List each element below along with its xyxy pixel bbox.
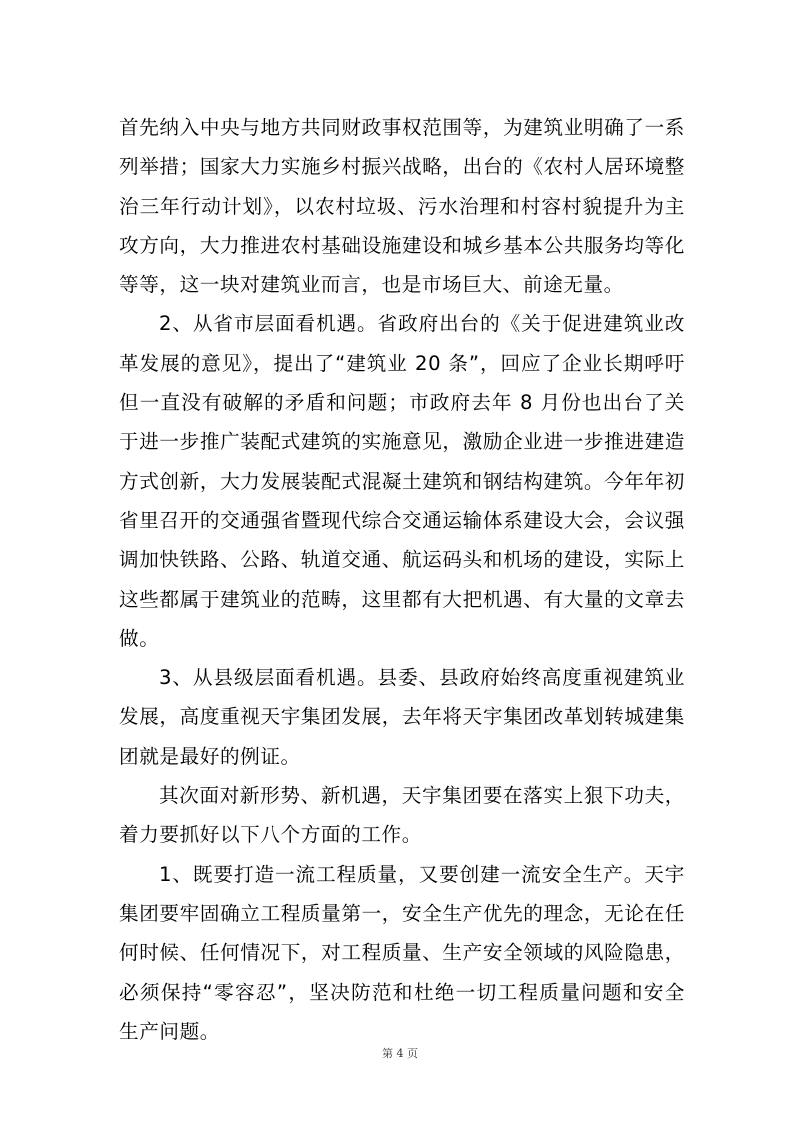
page-number: 第 4 页 xyxy=(0,1045,800,1061)
paragraph-new-situation: 其次面对新形势、新机遇，天宇集团要在落实上狠下功夫，着力要抓好以下八个方面的工作… xyxy=(119,776,685,855)
document-page: 首先纳入中央与地方共同财政事权范围等，为建筑业明确了一系列举措；国家大力实施乡村… xyxy=(0,0,800,1131)
document-body: 首先纳入中央与地方共同财政事权范围等，为建筑业明确了一系列举措；国家大力实施乡村… xyxy=(119,108,685,1051)
paragraph-quality-safety: 1、既要打造一流工程质量，又要创建一流安全生产。天宇集团要牢固确立工程质量第一，… xyxy=(119,855,685,1051)
paragraph-continuation: 首先纳入中央与地方共同财政事权范围等，为建筑业明确了一系列举措；国家大力实施乡村… xyxy=(119,108,685,304)
paragraph-provincial-opportunity: 2、从省市层面看机遇。省政府出台的《关于促进建筑业改革发展的意见》，提出了“建筑… xyxy=(119,304,685,658)
paragraph-county-opportunity: 3、从县级层面看机遇。县委、县政府始终高度重视建筑业发展，高度重视天宇集团发展，… xyxy=(119,658,685,776)
